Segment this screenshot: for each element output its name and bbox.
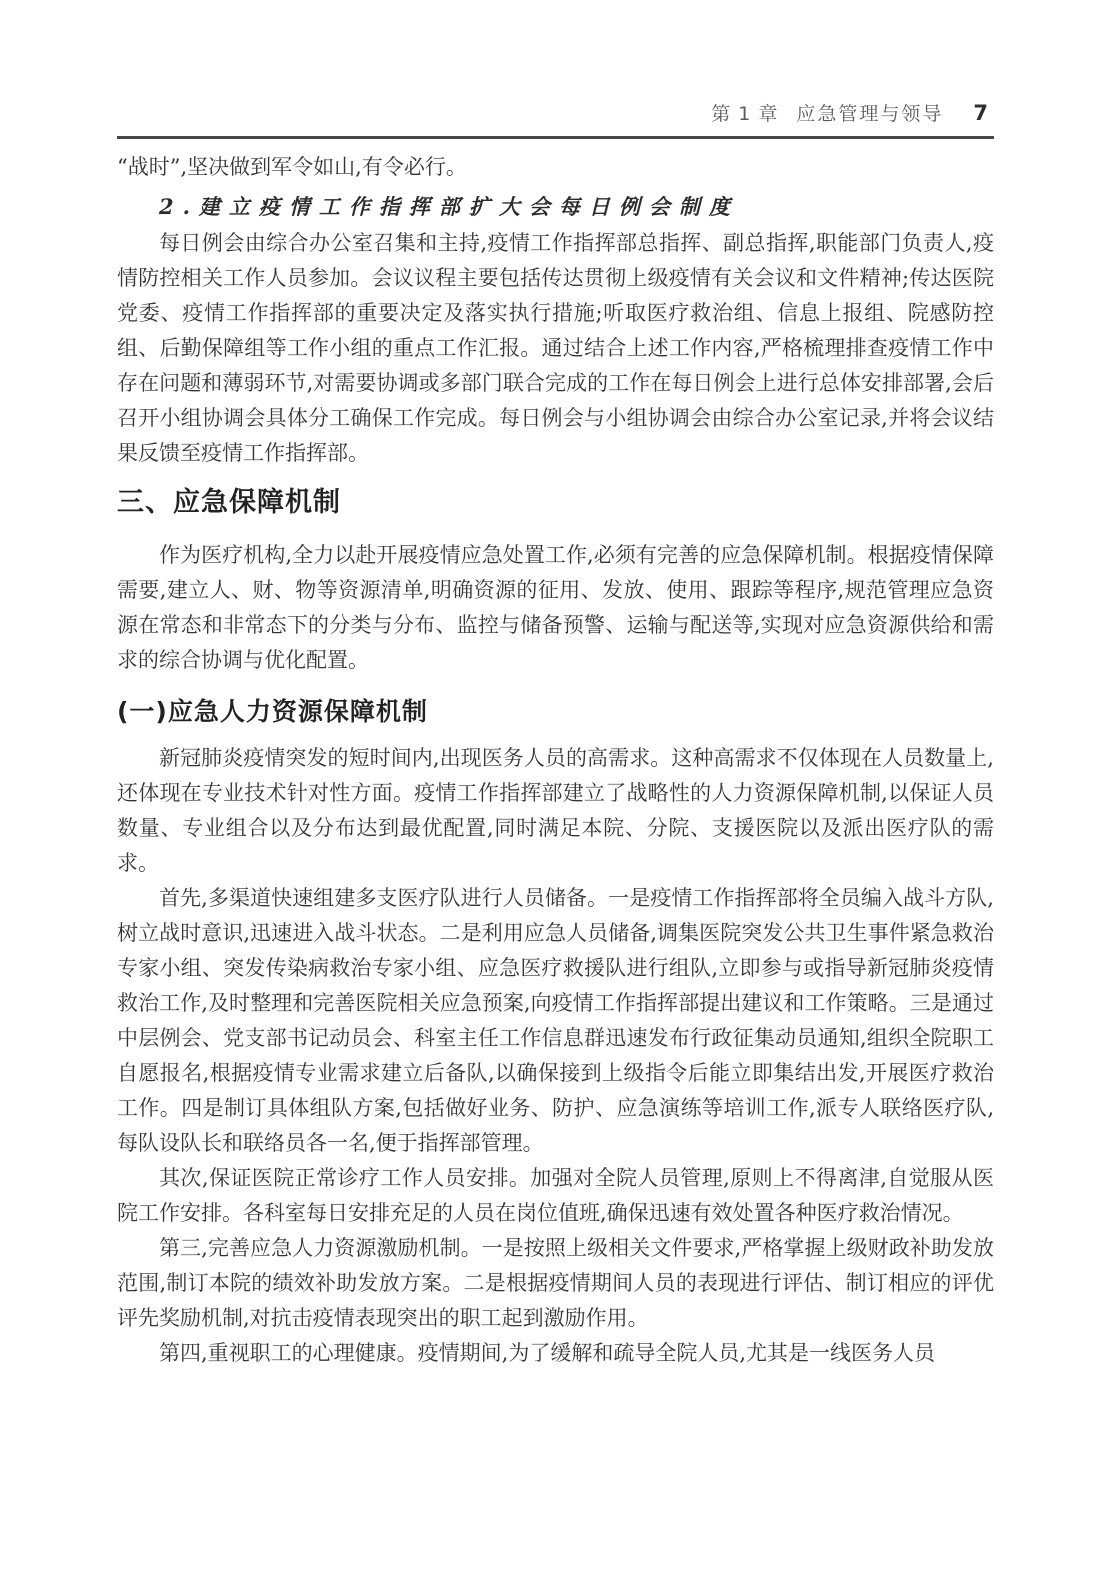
section-heading-emergency-support: 三、应急保障机制 [117, 487, 994, 519]
paragraph-continuation: “战时”,坚决做到军令如山,有令必行。 [117, 150, 994, 185]
paragraph-hr-demand: 新冠肺炎疫情突发的短时间内,出现医务人员的高需求。这种高需求不仅体现在人员数量上… [117, 741, 994, 881]
paragraph-hr-first: 首先,多渠道快速组建多支医疗队进行人员储备。一是疫情工作指挥部将全员编入战斗方队… [117, 881, 994, 1161]
running-head: 第 1 章 应急管理与领导 7 [117, 100, 994, 139]
chapter-number-label: 第 1 章 [711, 101, 778, 127]
body-text: “战时”,坚决做到军令如山,有令必行。 2.建立疫情工作指挥部扩大会每日例会制度… [117, 150, 994, 1371]
paragraph-hr-third: 第三,完善应急人力资源激励机制。一是按照上级相关文件要求,严格掌握上级财政补助发… [117, 1231, 994, 1336]
subsection-heading-hr-support: (一)应急人力资源保障机制 [117, 697, 994, 727]
paragraph-support-overview: 作为医疗机构,全力以赴开展疫情应急处置工作,必须有完善的应急保障机制。根据疫情保… [117, 538, 994, 678]
chapter-title-label: 应急管理与领导 [796, 101, 943, 127]
paragraph-daily-meeting-detail: 每日例会由综合办公室召集和主持,疫情工作指挥部总指挥、副总指挥,职能部门负责人,… [117, 226, 994, 471]
paragraph-hr-fourth: 第四,重视职工的心理健康。疫情期间,为了缓解和疏导全院人员,尤其是一线医务人员 [117, 1336, 994, 1371]
page-number: 7 [973, 100, 988, 126]
numbered-heading-daily-meeting: 2.建立疫情工作指挥部扩大会每日例会制度 [117, 189, 994, 224]
page-content-area: 第 1 章 应急管理与领导 7 “战时”,坚决做到军令如山,有令必行。 2.建立… [117, 100, 994, 1371]
paragraph-hr-second: 其次,保证医院正常诊疗工作人员安排。加强对全院人员管理,原则上不得离津,自觉服从… [117, 1161, 994, 1231]
book-page-scan: { "colors": { "background": "#ffffff", "… [0, 0, 1110, 1571]
